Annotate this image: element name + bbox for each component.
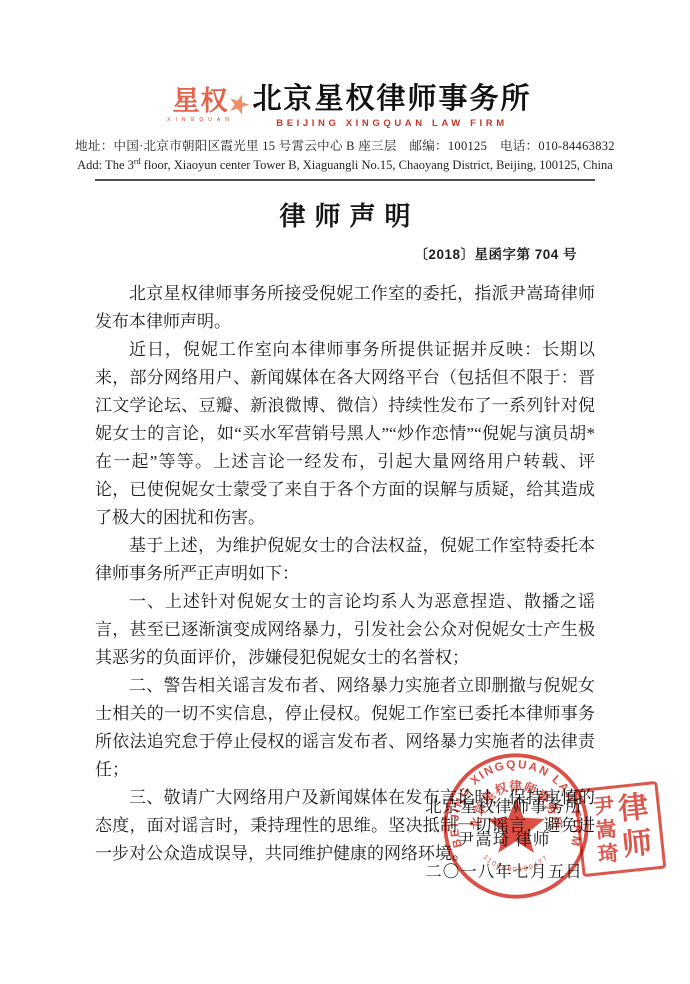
firm-name-cn: 北京星权律师事务所 [252,84,531,116]
address-en-part2: floor, Xiaoyun center Tower B, Xiaguangl… [141,158,613,172]
address-cn: 地址：中国·北京市朝阳区霞光里 15 号霄云中心 B 座三层 邮编：100125… [0,138,690,154]
firm-name-block: 北京星权律师事务所 BEIJING XINGQUAN LAW FIRM [252,84,531,129]
lawyer-square-seal: 尹嵩琦 律师 [574,781,667,877]
logo-mark-text: 星权 [172,86,228,116]
address-en-part1: Add: The 3 [77,158,134,172]
logo-mark: 星权 ★ XINGQUAN [158,84,242,123]
logo-mark-subtext: XINGQUAN [158,117,242,123]
statement-paragraph: 一、上述针对倪妮女士的言论均系人为恶意捏造、散播之谣言，甚至已逐渐演变成网络暴力… [95,588,595,672]
round-seal-star-icon [487,798,545,853]
firm-name-en: BEIJING XINGQUAN LAW FIRM [252,118,531,129]
firm-logo: 星权 ★ XINGQUAN 北京星权律师事务所 BEIJING XINGQUAN… [0,84,690,129]
address-block: 地址：中国·北京市朝阳区霞光里 15 号霄云中心 B 座三层 邮编：100125… [0,138,690,173]
page-title: 律师声明 [0,199,690,233]
letterhead: 星权 ★ XINGQUAN 北京星权律师事务所 BEIJING XINGQUAN… [0,0,690,181]
address-en-ordinal: rd [134,157,141,166]
header-divider [95,179,595,181]
lawyer-statement-page: 星权 ★ XINGQUAN 北京星权律师事务所 BEIJING XINGQUAN… [0,0,690,984]
statement-paragraph: 近日，倪妮工作室向本律师事务所提供证据并反映：长期以来，部分网络用户、新闻媒体在… [95,336,595,532]
address-en: Add: The 3rd floor, Xiaoyun center Tower… [0,154,690,173]
square-seal-name: 尹嵩琦 [590,794,618,868]
ref-number: 〔2018〕星函字第 704 号 [0,243,577,263]
statement-paragraph: 基于上述，为维护倪妮女士的合法权益，倪妮工作室特委托本律师事务所严正声明如下： [95,532,595,588]
statement-paragraph: 北京星权律师事务所接受倪妮工作室的委托，指派尹嵩琦律师发布本律师声明。 [95,280,595,336]
round-seal-digits: 1100000180477 [482,854,551,874]
firm-round-seal: BEIJING XINGQUAN LAW FIRM 北京星权律师事务所 1100… [440,750,592,902]
svg-text:1100000180477: 1100000180477 [482,854,551,874]
